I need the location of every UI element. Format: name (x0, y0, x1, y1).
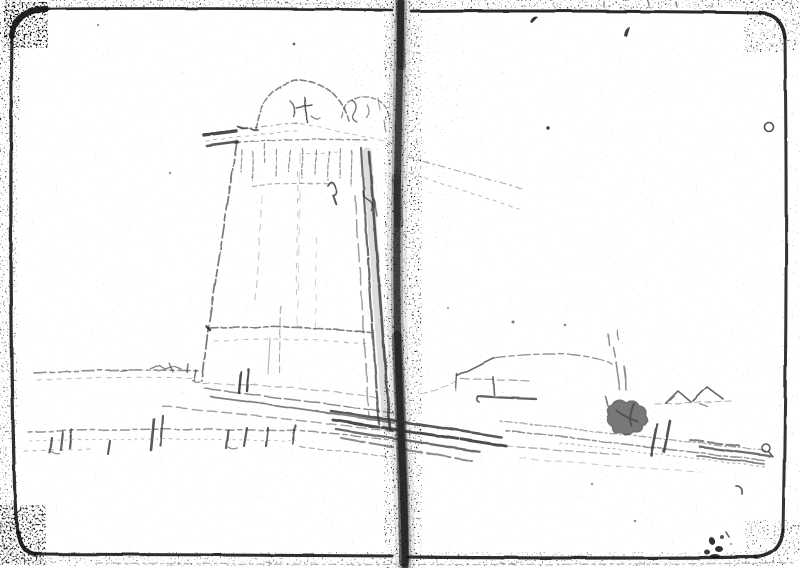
border-top-left-page (44, 8, 392, 10)
sketch-artwork: Black-and-white scan of a sketchbook dou… (0, 0, 800, 568)
corner-smudge-bottom-right (745, 520, 800, 566)
scanned-sketch-page: Black-and-white scan of a sketchbook dou… (0, 0, 800, 568)
border-bottom-right-page (408, 557, 756, 558)
book-gutter (396, 2, 405, 566)
corner-smudge-top-right (744, 0, 800, 52)
border-bottom-left-page (36, 554, 392, 556)
